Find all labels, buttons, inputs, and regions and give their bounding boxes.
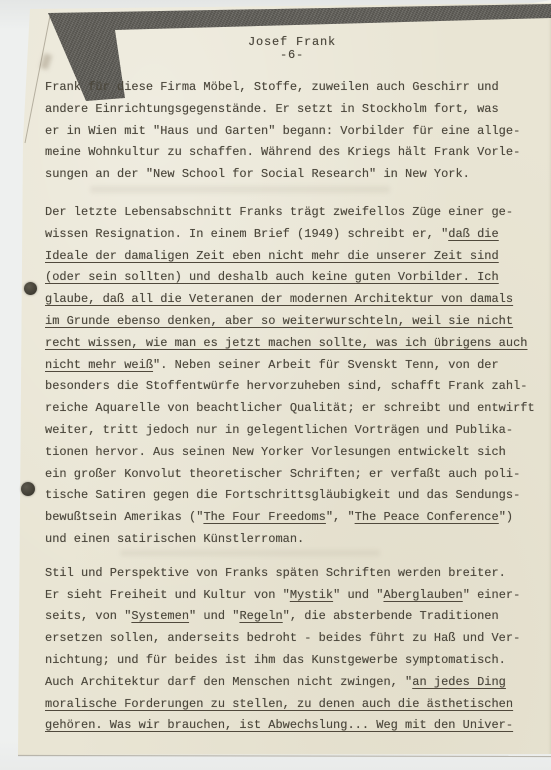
underlined-text: Aberglauben (383, 588, 462, 602)
text-line: Stil und Perspektive von Franks späten S… (45, 563, 539, 585)
paragraph: Stil und Perspektive von Franks späten S… (45, 563, 539, 737)
text-segment: sungen an der "New School for Social Res… (45, 167, 470, 181)
underlined-text: moralische Forderungen zu stellen, zu de… (45, 697, 513, 711)
text-segment: Stil und Perspektive von Franks späten S… (45, 566, 506, 580)
text-line: tionen hervor. Aus seinen New Yorker Vor… (45, 442, 539, 464)
text-segment: " einer- (463, 588, 521, 602)
text-line: im Grunde ebenso denken, aber so weiterw… (45, 311, 539, 333)
underlined-text: im Grunde ebenso denken, aber so weiterw… (45, 314, 513, 328)
text-line: reiche Aquarelle von beachtlicher Qualit… (45, 398, 539, 420)
text-line: moralische Forderungen zu stellen, zu de… (45, 694, 539, 716)
text-line: Frank für diese Firma Möbel, Stoffe, zuw… (45, 77, 539, 99)
text-line: weiter, tritt jedoch nur in gelegentlich… (45, 420, 539, 442)
text-segment: " und " (333, 588, 383, 602)
text-line: glaube, daß all die Veteranen der modern… (45, 289, 539, 311)
underlined-text: Regeln (239, 609, 282, 623)
text-segment: wissen Resignation. In einem Brief (1949… (45, 227, 448, 241)
underlined-text: Ideale der damaligen Zeit eben nicht meh… (45, 249, 499, 263)
text-segment: ") (499, 510, 513, 524)
text-line: wissen Resignation. In einem Brief (1949… (45, 224, 539, 246)
underlined-text: (oder sein sollten) und deshalb auch kei… (45, 270, 499, 284)
underlined-text: an jedes Ding (412, 675, 506, 689)
text-segment: meine Wohnkultur zu schaffen. Während de… (45, 145, 520, 159)
text-segment: ", die absterbende Traditionen (283, 609, 499, 623)
text-segment: tische Satiren gegen die Fortschrittsglä… (45, 488, 520, 502)
underlined-text: Mystik (290, 588, 333, 602)
text-line: Er sieht Freiheit und Kultur von "Mystik… (45, 585, 539, 607)
text-segment: ersetzen sollen, anderseits bedroht - be… (45, 631, 520, 645)
text-line: Ideale der damaligen Zeit eben nicht meh… (45, 246, 539, 268)
page-number: -6- (45, 49, 539, 62)
text-line: Auch Architektur darf den Menschen nicht… (45, 672, 539, 694)
text-segment: besonders die Stoffentwürfe hervorzuhebe… (45, 379, 527, 393)
punch-hole-bottom (21, 482, 35, 496)
text-line: besonders die Stoffentwürfe hervorzuhebe… (45, 376, 539, 398)
paragraph: Frank für diese Firma Möbel, Stoffe, zuw… (45, 77, 539, 186)
underlined-text: gehören. Was wir brauchen, ist Abwechslu… (45, 718, 513, 732)
underlined-text: daß die (448, 227, 498, 241)
text-line: ein großer Konvolut theoretischer Schrif… (45, 464, 539, 486)
text-line: nichtung; und für beides ist ihm das Kun… (45, 650, 539, 672)
text-line: meine Wohnkultur zu schaffen. Während de… (45, 142, 539, 164)
text-line: bewußtsein Amerikas ("The Four Freedoms"… (45, 507, 539, 529)
underlined-text: The Four Freedoms (203, 510, 325, 524)
underlined-text: recht wissen, wie man es jetzt machen so… (45, 336, 527, 350)
text-line: tische Satiren gegen die Fortschrittsglä… (45, 485, 539, 507)
text-segment: Der letzte Lebensabschnitt Franks trägt … (45, 205, 513, 219)
text-segment: Frank für diese Firma Möbel, Stoffe, zuw… (45, 80, 499, 94)
text-segment: seits, von " (45, 609, 131, 623)
text-line: gehören. Was wir brauchen, ist Abwechslu… (45, 715, 539, 737)
text-line: andere Einrichtungsgegenstände. Er setzt… (45, 99, 539, 121)
text-segment: er in Wien mit "Haus und Garten" begann:… (45, 124, 520, 138)
underlined-text: The Peace Conference (355, 510, 499, 524)
text-segment: andere Einrichtungsgegenstände. Er setzt… (45, 102, 499, 116)
text-segment: Er sieht Freiheit und Kultur von " (45, 588, 290, 602)
text-line: ersetzen sollen, anderseits bedroht - be… (45, 628, 539, 650)
text-segment: und einen satirischen Künstlerroman. (45, 532, 304, 546)
punch-hole-top (24, 282, 37, 295)
document-text: Josef Frank -6- Frank für diese Firma Mö… (45, 36, 539, 737)
text-line: sungen an der "New School for Social Res… (45, 164, 539, 186)
text-segment: ". Neben seiner Arbeit für Svenskt Tenn,… (153, 358, 499, 372)
text-line: und einen satirischen Künstlerroman. (45, 529, 539, 551)
text-segment: ", " (326, 510, 355, 524)
paragraph: Der letzte Lebensabschnitt Franks trägt … (45, 202, 539, 551)
text-segment: tionen hervor. Aus seinen New Yorker Vor… (45, 445, 506, 459)
text-segment: Auch Architektur darf den Menschen nicht… (45, 675, 412, 689)
underlined-text: nicht mehr weiß (45, 358, 153, 372)
text-segment: reiche Aquarelle von beachtlicher Qualit… (45, 401, 535, 415)
underlined-text: Systemen (131, 609, 189, 623)
text-segment: " und " (189, 609, 239, 623)
text-line: Der letzte Lebensabschnitt Franks trägt … (45, 202, 539, 224)
text-line: (oder sein sollten) und deshalb auch kei… (45, 267, 539, 289)
photo-background: Josef Frank -6- Frank für diese Firma Mö… (0, 0, 551, 770)
text-line: seits, von "Systemen" und "Regeln", die … (45, 606, 539, 628)
text-segment: ein großer Konvolut theoretischer Schrif… (45, 467, 520, 481)
text-segment: nichtung; und für beides ist ihm das Kun… (45, 653, 506, 667)
document-body: Frank für diese Firma Möbel, Stoffe, zuw… (45, 77, 539, 737)
text-line: recht wissen, wie man es jetzt machen so… (45, 333, 539, 355)
text-line: er in Wien mit "Haus und Garten" begann:… (45, 121, 539, 143)
text-segment: weiter, tritt jedoch nur in gelegentlich… (45, 423, 513, 437)
text-line: nicht mehr weiß". Neben seiner Arbeit fü… (45, 355, 539, 377)
underlined-text: glaube, daß all die Veteranen der modern… (45, 292, 513, 306)
text-segment: bewußtsein Amerikas (" (45, 510, 203, 524)
